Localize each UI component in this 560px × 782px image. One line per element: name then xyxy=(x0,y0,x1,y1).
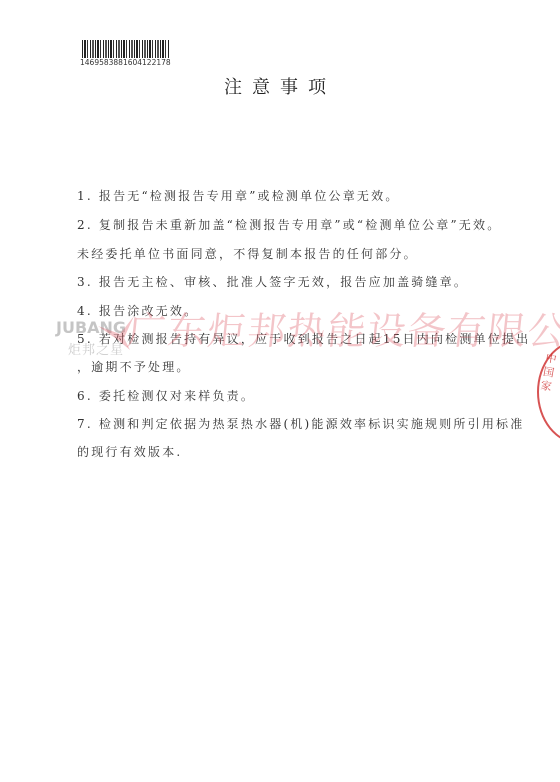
note-item-2-continued: 未经委托单位书面同意，不得复制本报告的任何部分。 xyxy=(77,246,418,262)
note-item-7-continued: 的现行有效版本. xyxy=(77,444,182,460)
barcode-bars xyxy=(82,40,170,58)
seal-text: 中国家 xyxy=(539,351,558,394)
note-item-3: 3. 报告无主检、审核、批准人签字无效，报告应加盖骑缝章。 xyxy=(77,274,468,290)
note-item-2: 2. 复制报告未重新加盖“检测报告专用章”或“检测单位公章”无效。 xyxy=(77,217,501,233)
note-item-6: 6. 委托检测仅对来样负责。 xyxy=(77,388,255,404)
barcode: 1469583881604122178 xyxy=(80,40,172,67)
barcode-number: 1469583881604122178 xyxy=(80,58,172,67)
page-title: 注意事项 xyxy=(0,73,560,99)
document-page: 1469583881604122178 注意事项 1. 报告无“检测报告专用章”… xyxy=(0,0,560,782)
note-item-7: 7. 检测和判定依据为热泵热水器(机)能源效率标识实施规则所引用标准 xyxy=(77,416,524,432)
official-seal xyxy=(537,340,560,444)
note-item-1: 1. 报告无“检测报告专用章”或检测单位公章无效。 xyxy=(77,188,400,204)
note-item-5: 5. 若对检测报告持有异议，应于收到报告之日起15日内向检测单位提出 xyxy=(77,331,530,347)
note-item-4: 4. 报告涂改无效。 xyxy=(77,303,198,319)
note-item-5-continued: ，逾期不予处理。 xyxy=(77,359,191,375)
